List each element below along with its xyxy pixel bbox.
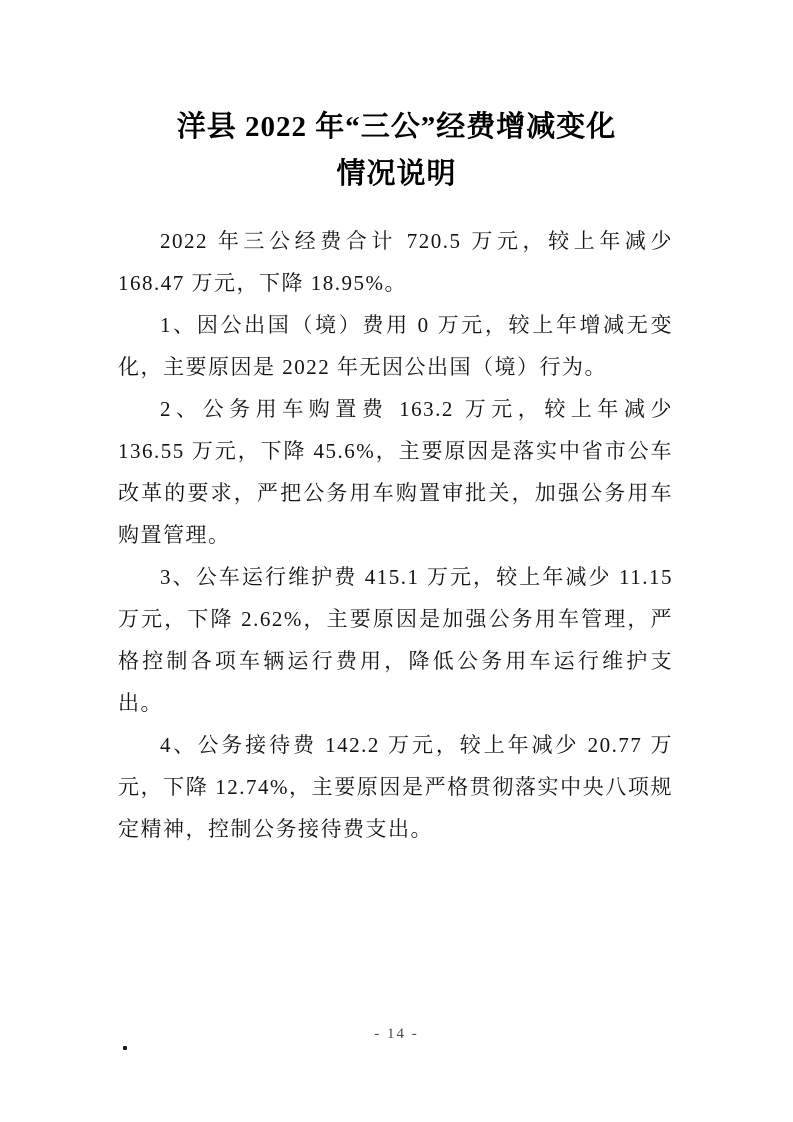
document-title: 洋县 2022 年“三公”经费增减变化 情况说明 [84,104,709,198]
paragraph-item-2-vehicle-purchase: 2、公务用车购置费 163.2 万元，较上年减少 136.55 万元，下降 45… [118,388,673,556]
paragraph-summary-total: 2022 年三公经费合计 720.5 万元，较上年减少 168.47 万元，下降… [118,220,673,304]
document-body: 2022 年三公经费合计 720.5 万元，较上年减少 168.47 万元，下降… [118,220,673,850]
document-page: 洋县 2022 年“三公”经费增减变化 情况说明 2022 年三公经费合计 72… [0,0,793,1122]
stray-dot-mark [123,1046,127,1050]
page-number: - 14 - [0,1026,793,1043]
paragraph-item-4-official-reception: 4、公务接待费 142.2 万元，较上年减少 20.77 万元，下降 12.74… [118,724,673,850]
paragraph-item-3-vehicle-maintenance: 3、公车运行维护费 415.1 万元，较上年减少 11.15 万元，下降 2.6… [118,556,673,724]
paragraph-item-1-overseas-travel: 1、因公出国（境）费用 0 万元，较上年增减无变化，主要原因是 2022 年无因… [118,304,673,388]
document-title-line-1: 洋县 2022 年“三公”经费增减变化 [84,104,709,151]
document-title-line-2: 情况说明 [84,151,709,198]
